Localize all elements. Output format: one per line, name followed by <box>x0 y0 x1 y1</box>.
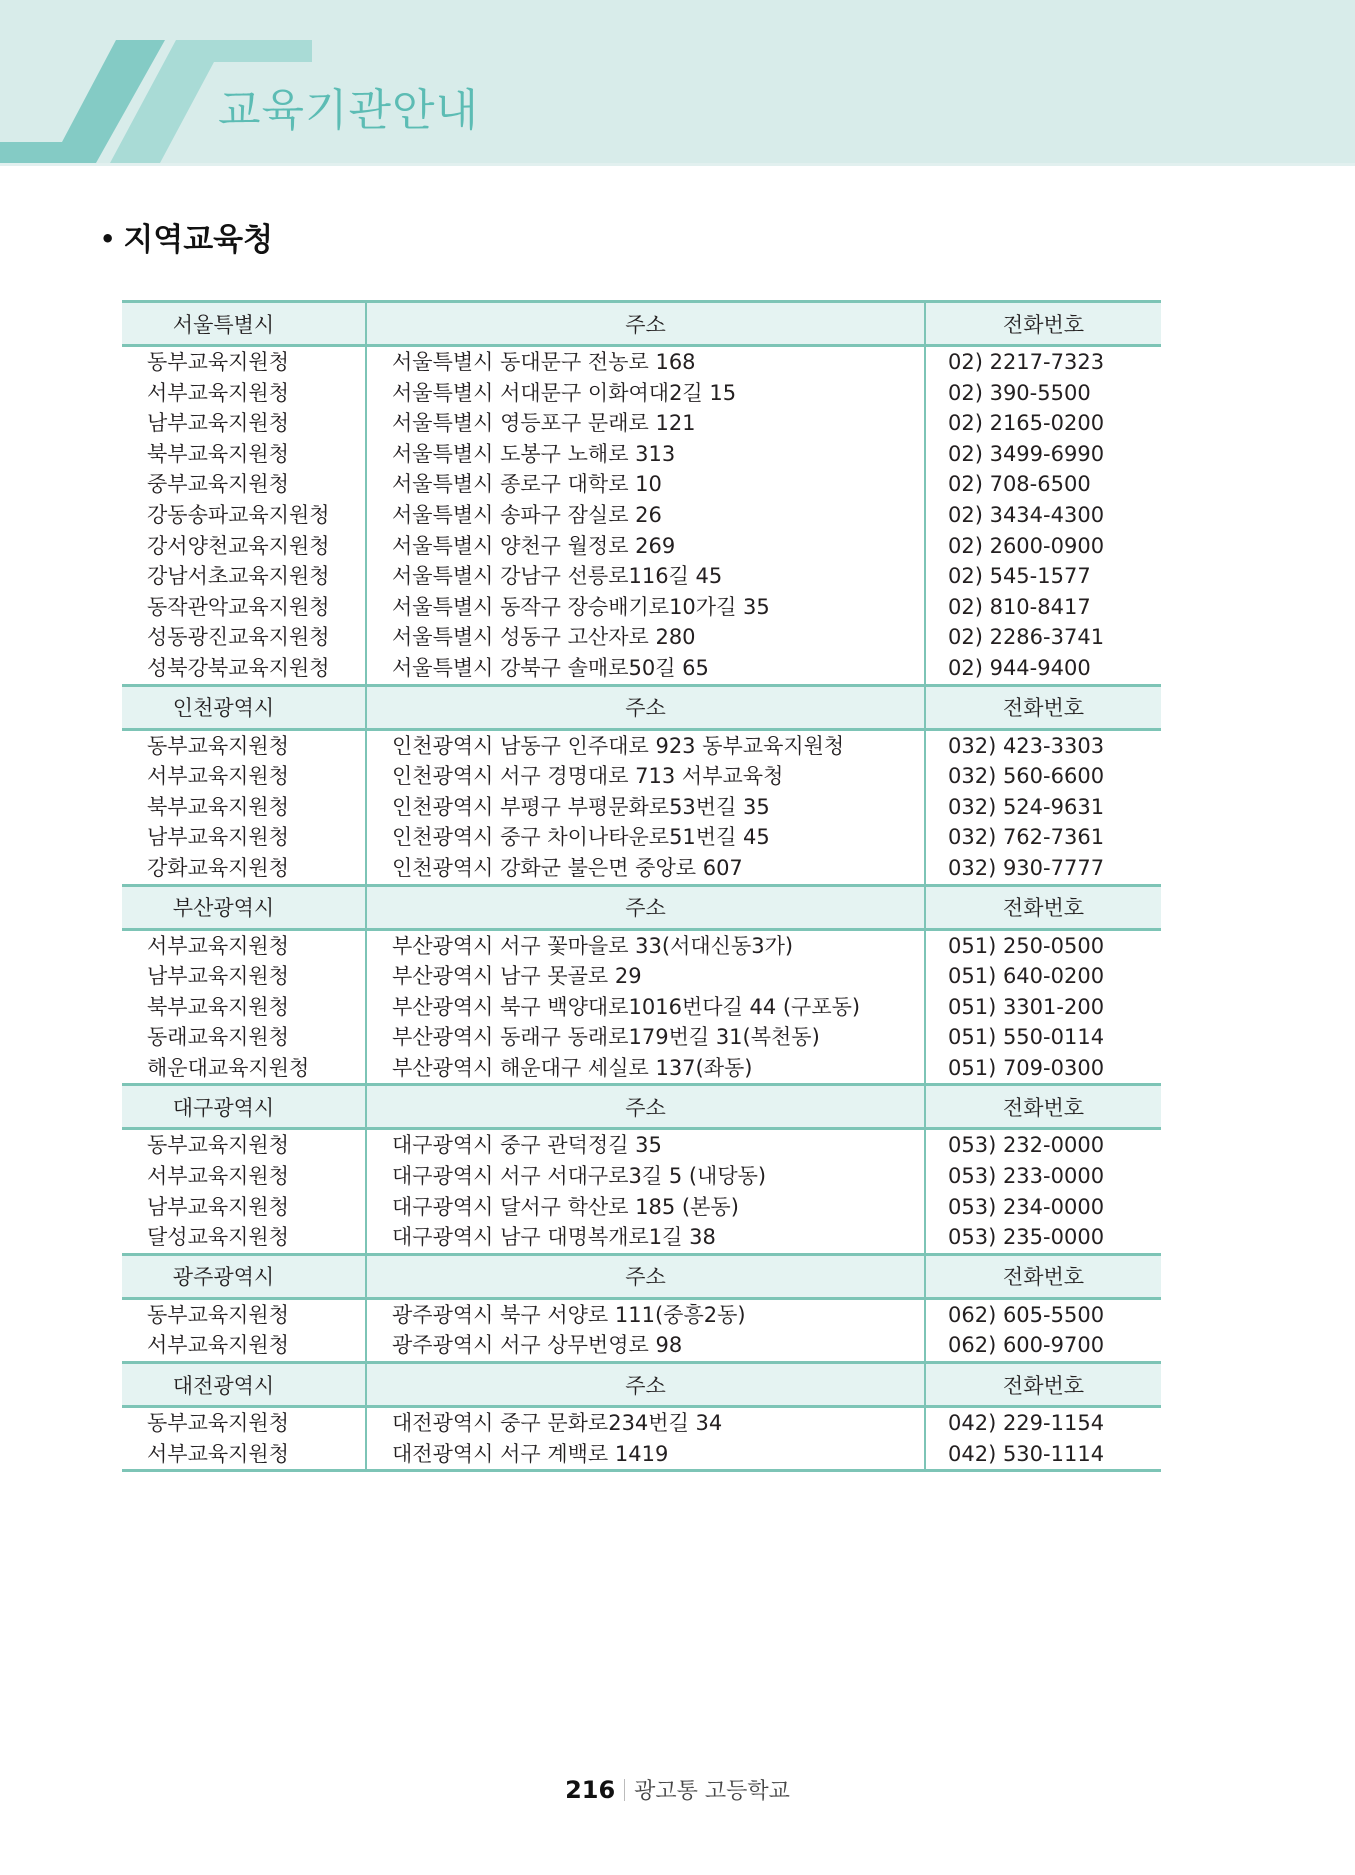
address-column-header: 주소 <box>366 685 925 729</box>
office-address: 대전광역시 서구 계백로 1419 <box>392 1439 924 1470</box>
office-phone-column: 053) 232-0000053) 233-0000053) 234-00000… <box>925 1129 1161 1254</box>
office-phone-column: 042) 229-1154042) 530-1114 <box>925 1407 1161 1471</box>
decorative-stripes-icon <box>0 0 400 163</box>
office-address: 서울특별시 강북구 솔매로50길 65 <box>392 653 924 684</box>
office-phone: 032) 930-7777 <box>948 853 1161 884</box>
page-number: 216 <box>565 1776 615 1804</box>
office-phone: 032) 524-9631 <box>948 792 1161 823</box>
office-address: 대구광역시 서구 서대구로3길 5 (내당동) <box>392 1161 924 1192</box>
office-phone: 053) 233-0000 <box>948 1161 1161 1192</box>
office-phone: 02) 708-6500 <box>948 469 1161 500</box>
office-name: 강남서초교육지원청 <box>147 561 365 592</box>
office-address: 서울특별시 양천구 월정로 269 <box>392 531 924 562</box>
office-phone: 042) 229-1154 <box>948 1408 1161 1439</box>
office-name: 동부교육지원청 <box>147 731 365 762</box>
phone-column-header: 전화번호 <box>925 1085 1161 1129</box>
bullet-icon: • <box>100 225 115 253</box>
office-name: 서부교육지원청 <box>147 931 365 962</box>
office-phone: 053) 232-0000 <box>948 1130 1161 1161</box>
office-address: 인천광역시 남동구 인주대로 923 동부교육지원청 <box>392 731 924 762</box>
region-name-header: 서울특별시 <box>122 302 366 346</box>
office-phone: 02) 2217-7323 <box>948 347 1161 378</box>
region-body-row: 동부교육지원청서부교육지원청남부교육지원청북부교육지원청중부교육지원청강동송파교… <box>122 346 1161 686</box>
office-name-column: 동부교육지원청서부교육지원청남부교육지원청달성교육지원청 <box>122 1129 366 1254</box>
region-header-row: 대구광역시주소전화번호 <box>122 1085 1161 1129</box>
office-phone: 032) 560-6600 <box>948 761 1161 792</box>
office-address-column: 부산광역시 서구 꽃마을로 33(서대신동3가)부산광역시 남구 못골로 29부… <box>366 929 925 1085</box>
section-heading: •지역교육청 <box>100 218 273 264</box>
office-address: 부산광역시 북구 백양대로1016번다길 44 (구포동) <box>392 992 924 1023</box>
office-name: 동부교육지원청 <box>147 347 365 378</box>
phone-column-header: 전화번호 <box>925 302 1161 346</box>
section-heading-text: 지역교육청 <box>123 222 273 258</box>
office-address: 부산광역시 해운대구 세실로 137(좌동) <box>392 1053 924 1084</box>
office-phone: 042) 530-1114 <box>948 1439 1161 1470</box>
office-phone: 051) 709-0300 <box>948 1053 1161 1084</box>
office-phone: 02) 3434-4300 <box>948 500 1161 531</box>
region-body-row: 동부교육지원청서부교육지원청광주광역시 북구 서양로 111(중흥2동)광주광역… <box>122 1298 1161 1362</box>
office-phone: 051) 250-0500 <box>948 931 1161 962</box>
office-address: 서울특별시 도봉구 노해로 313 <box>392 439 924 470</box>
office-address-column: 서울특별시 동대문구 전농로 168서울특별시 서대문구 이화여대2길 15서울… <box>366 346 925 686</box>
office-name-column: 동부교육지원청서부교육지원청남부교육지원청북부교육지원청중부교육지원청강동송파교… <box>122 346 366 686</box>
office-name: 남부교육지원청 <box>147 822 365 853</box>
phone-column-header: 전화번호 <box>925 885 1161 929</box>
address-column-header: 주소 <box>366 302 925 346</box>
office-name-column: 동부교육지원청서부교육지원청 <box>122 1298 366 1362</box>
phone-column-header: 전화번호 <box>925 1254 1161 1298</box>
office-name: 동부교육지원청 <box>147 1300 365 1331</box>
office-address-column: 인천광역시 남동구 인주대로 923 동부교육지원청인천광역시 서구 경명대로 … <box>366 729 925 885</box>
phone-column-header: 전화번호 <box>925 685 1161 729</box>
office-address: 서울특별시 동대문구 전농로 168 <box>392 347 924 378</box>
office-name: 동부교육지원청 <box>147 1408 365 1439</box>
office-name: 남부교육지원청 <box>147 408 365 439</box>
office-name: 성북강북교육지원청 <box>147 653 365 684</box>
office-address: 대구광역시 달서구 학산로 185 (본동) <box>392 1192 924 1223</box>
region-name-header: 대전광역시 <box>122 1363 366 1407</box>
office-name: 서부교육지원청 <box>147 1439 365 1470</box>
phone-column-header: 전화번호 <box>925 1363 1161 1407</box>
footer-divider <box>624 1779 625 1801</box>
office-name: 남부교육지원청 <box>147 1192 365 1223</box>
office-name: 북부교육지원청 <box>147 992 365 1023</box>
office-address: 서울특별시 서대문구 이화여대2길 15 <box>392 378 924 409</box>
region-body-row: 동부교육지원청서부교육지원청북부교육지원청남부교육지원청강화교육지원청인천광역시… <box>122 729 1161 885</box>
office-address: 서울특별시 강남구 선릉로116길 45 <box>392 561 924 592</box>
region-name-header: 대구광역시 <box>122 1085 366 1129</box>
office-address: 인천광역시 부평구 부평문화로53번길 35 <box>392 792 924 823</box>
office-name-column: 동부교육지원청서부교육지원청 <box>122 1407 366 1471</box>
office-phone: 051) 550-0114 <box>948 1022 1161 1053</box>
office-phone: 02) 3499-6990 <box>948 439 1161 470</box>
office-name: 동작관악교육지원청 <box>147 592 365 623</box>
address-column-header: 주소 <box>366 885 925 929</box>
region-body-row: 동부교육지원청서부교육지원청대전광역시 중구 문화로234번길 34대전광역시 … <box>122 1407 1161 1471</box>
office-phone: 032) 423-3303 <box>948 731 1161 762</box>
office-phone: 062) 605-5500 <box>948 1300 1161 1331</box>
office-phone: 02) 810-8417 <box>948 592 1161 623</box>
office-address: 서울특별시 종로구 대학로 10 <box>392 469 924 500</box>
office-phone: 053) 235-0000 <box>948 1222 1161 1253</box>
office-name: 동부교육지원청 <box>147 1130 365 1161</box>
office-phone: 02) 944-9400 <box>948 653 1161 684</box>
office-phone: 051) 640-0200 <box>948 961 1161 992</box>
region-name-header: 부산광역시 <box>122 885 366 929</box>
region-header-row: 부산광역시주소전화번호 <box>122 885 1161 929</box>
book-title: 광고통 고등학교 <box>634 1779 790 1804</box>
office-address: 서울특별시 동작구 장승배기로10가길 35 <box>392 592 924 623</box>
office-address: 대구광역시 중구 관덕정길 35 <box>392 1130 924 1161</box>
office-name: 서부교육지원청 <box>147 761 365 792</box>
office-address: 서울특별시 영등포구 문래로 121 <box>392 408 924 439</box>
office-address: 서울특별시 송파구 잠실로 26 <box>392 500 924 531</box>
office-name: 남부교육지원청 <box>147 961 365 992</box>
education-office-table: 서울특별시주소전화번호동부교육지원청서부교육지원청남부교육지원청북부교육지원청중… <box>122 300 1161 1472</box>
office-address: 부산광역시 서구 꽃마을로 33(서대신동3가) <box>392 931 924 962</box>
region-header-row: 서울특별시주소전화번호 <box>122 302 1161 346</box>
office-phone-column: 02) 2217-732302) 390-550002) 2165-020002… <box>925 346 1161 686</box>
office-name: 북부교육지원청 <box>147 792 365 823</box>
region-body-row: 동부교육지원청서부교육지원청남부교육지원청달성교육지원청대구광역시 중구 관덕정… <box>122 1129 1161 1254</box>
address-column-header: 주소 <box>366 1254 925 1298</box>
office-address: 서울특별시 성동구 고산자로 280 <box>392 622 924 653</box>
region-header-row: 인천광역시주소전화번호 <box>122 685 1161 729</box>
office-name: 달성교육지원청 <box>147 1222 365 1253</box>
office-name: 강화교육지원청 <box>147 853 365 884</box>
office-address-column: 대구광역시 중구 관덕정길 35대구광역시 서구 서대구로3길 5 (내당동)대… <box>366 1129 925 1254</box>
office-address: 광주광역시 서구 상무번영로 98 <box>392 1330 924 1361</box>
office-phone: 02) 390-5500 <box>948 378 1161 409</box>
office-name: 성동광진교육지원청 <box>147 622 365 653</box>
office-address: 인천광역시 중구 차이나타운로51번길 45 <box>392 822 924 853</box>
region-header-row: 대전광역시주소전화번호 <box>122 1363 1161 1407</box>
office-phone: 02) 2600-0900 <box>948 531 1161 562</box>
office-name: 서부교육지원청 <box>147 1330 365 1361</box>
region-header-row: 광주광역시주소전화번호 <box>122 1254 1161 1298</box>
office-name: 동래교육지원청 <box>147 1022 365 1053</box>
office-phone: 032) 762-7361 <box>948 822 1161 853</box>
office-phone-column: 032) 423-3303032) 560-6600032) 524-96310… <box>925 729 1161 885</box>
office-address: 대전광역시 중구 문화로234번길 34 <box>392 1408 924 1439</box>
page-footer: 216광고통 고등학교 <box>0 1775 1355 1807</box>
office-phone: 02) 2165-0200 <box>948 408 1161 439</box>
office-name: 서부교육지원청 <box>147 378 365 409</box>
office-phone: 053) 234-0000 <box>948 1192 1161 1223</box>
office-phone: 051) 3301-200 <box>948 992 1161 1023</box>
address-column-header: 주소 <box>366 1085 925 1129</box>
office-phone-column: 051) 250-0500051) 640-0200051) 3301-2000… <box>925 929 1161 1085</box>
office-phone: 062) 600-9700 <box>948 1330 1161 1361</box>
address-column-header: 주소 <box>366 1363 925 1407</box>
office-address: 부산광역시 동래구 동래로179번길 31(복천동) <box>392 1022 924 1053</box>
office-address: 인천광역시 강화군 불은면 중앙로 607 <box>392 853 924 884</box>
header-band: 교육기관안내 <box>0 0 1355 166</box>
office-phone-column: 062) 605-5500062) 600-9700 <box>925 1298 1161 1362</box>
office-name-column: 서부교육지원청남부교육지원청북부교육지원청동래교육지원청해운대교육지원청 <box>122 929 366 1085</box>
office-name: 강동송파교육지원청 <box>147 500 365 531</box>
region-name-header: 인천광역시 <box>122 685 366 729</box>
office-name-column: 동부교육지원청서부교육지원청북부교육지원청남부교육지원청강화교육지원청 <box>122 729 366 885</box>
office-phone: 02) 2286-3741 <box>948 622 1161 653</box>
office-address: 부산광역시 남구 못골로 29 <box>392 961 924 992</box>
office-name: 강서양천교육지원청 <box>147 531 365 562</box>
office-name: 중부교육지원청 <box>147 469 365 500</box>
region-name-header: 광주광역시 <box>122 1254 366 1298</box>
office-address: 대구광역시 남구 대명복개로1길 38 <box>392 1222 924 1253</box>
office-name: 해운대교육지원청 <box>147 1053 365 1084</box>
office-address: 광주광역시 북구 서양로 111(중흥2동) <box>392 1300 924 1331</box>
office-address-column: 대전광역시 중구 문화로234번길 34대전광역시 서구 계백로 1419 <box>366 1407 925 1471</box>
office-address-column: 광주광역시 북구 서양로 111(중흥2동)광주광역시 서구 상무번영로 98 <box>366 1298 925 1362</box>
office-name: 서부교육지원청 <box>147 1161 365 1192</box>
office-phone: 02) 545-1577 <box>948 561 1161 592</box>
office-name: 북부교육지원청 <box>147 439 365 470</box>
region-body-row: 서부교육지원청남부교육지원청북부교육지원청동래교육지원청해운대교육지원청부산광역… <box>122 929 1161 1085</box>
office-address: 인천광역시 서구 경명대로 713 서부교육청 <box>392 761 924 792</box>
page-title: 교육기관안내 <box>218 86 479 136</box>
